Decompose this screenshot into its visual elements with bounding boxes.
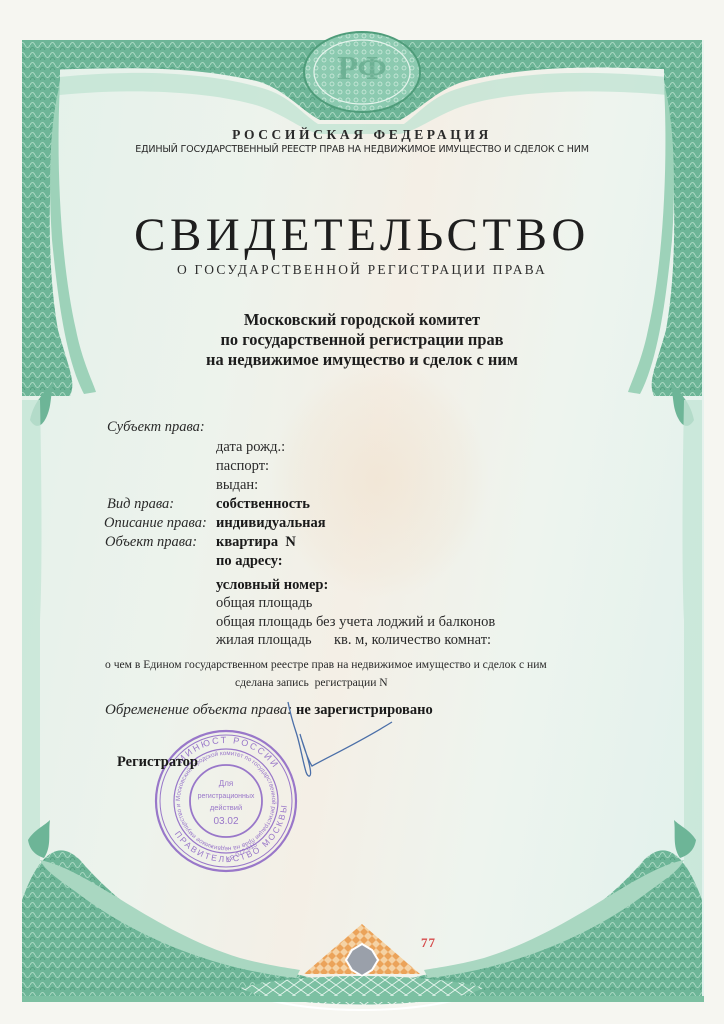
total-area-excl-label: общая площадь без учета лоджий и балконо… [216, 614, 495, 631]
address-label: по адресу: [216, 553, 283, 570]
issued-label: выдан: [216, 477, 258, 494]
total-area-label: общая площадь [216, 595, 312, 612]
emblem-rf: РФ [330, 50, 394, 88]
registry-title: ЕДИНЫЙ ГОСУДАРСТВЕННЫЙ РЕЕСТР ПРАВ НА НЕ… [0, 144, 724, 155]
encumbrance-label: Обременение объекта права: [105, 702, 292, 719]
stamp-center-line: регистрационных [198, 793, 255, 800]
official-stamp: МИНЮСТ РОССИИ Московский городской комит… [153, 728, 299, 874]
country-title: РОССИЙСКАЯ ФЕДЕРАЦИЯ [0, 127, 724, 143]
issuing-committee: Московский городской комитет по государс… [0, 310, 724, 370]
right-type-label: Вид права: [107, 496, 174, 513]
record-line-1: о чем в Едином государственном реестре п… [105, 658, 547, 671]
watermark-eagle [270, 360, 490, 600]
stamp-center-line: действий [210, 803, 242, 812]
conditional-number-label: условный номер: [216, 577, 328, 594]
object-value: квартира N [216, 534, 296, 551]
signature [280, 698, 410, 782]
record-line-2: сделана запись регистрации N [235, 676, 388, 689]
committee-line: по государственной регистрации прав [0, 330, 724, 350]
object-label: Объект права: [105, 534, 197, 551]
birth-date-label: дата рожд.: [216, 439, 285, 456]
registrar-label: Регистратор [117, 754, 198, 771]
passport-label: паспорт: [216, 458, 269, 475]
committee-line: на недвижимое имущество и сделок с ним [0, 350, 724, 370]
certificate-title: СВИДЕТЕЛЬСТВО [0, 208, 724, 262]
series-number: 77 [421, 935, 436, 951]
certificate-page: РФ РОССИЙСКАЯ ФЕДЕРАЦИЯ ЕДИНЫЙ ГОСУДАРСТ… [0, 0, 724, 1024]
stamp-center-line: 03.02 [213, 816, 238, 827]
right-desc-label: Описание права: [104, 515, 207, 532]
subject-label: Субъект права: [107, 419, 205, 436]
stamp-center-line: Для [219, 779, 233, 788]
right-desc-value: индивидуальная [216, 515, 326, 532]
right-type-value: собственность [216, 496, 310, 513]
living-area-label: жилая площадь [216, 632, 312, 649]
rooms-label: кв. м, количество комнат: [334, 632, 491, 649]
certificate-subtitle: О ГОСУДАРСТВЕННОЙ РЕГИСТРАЦИИ ПРАВА [0, 262, 724, 278]
committee-line: Московский городской комитет [0, 310, 724, 330]
